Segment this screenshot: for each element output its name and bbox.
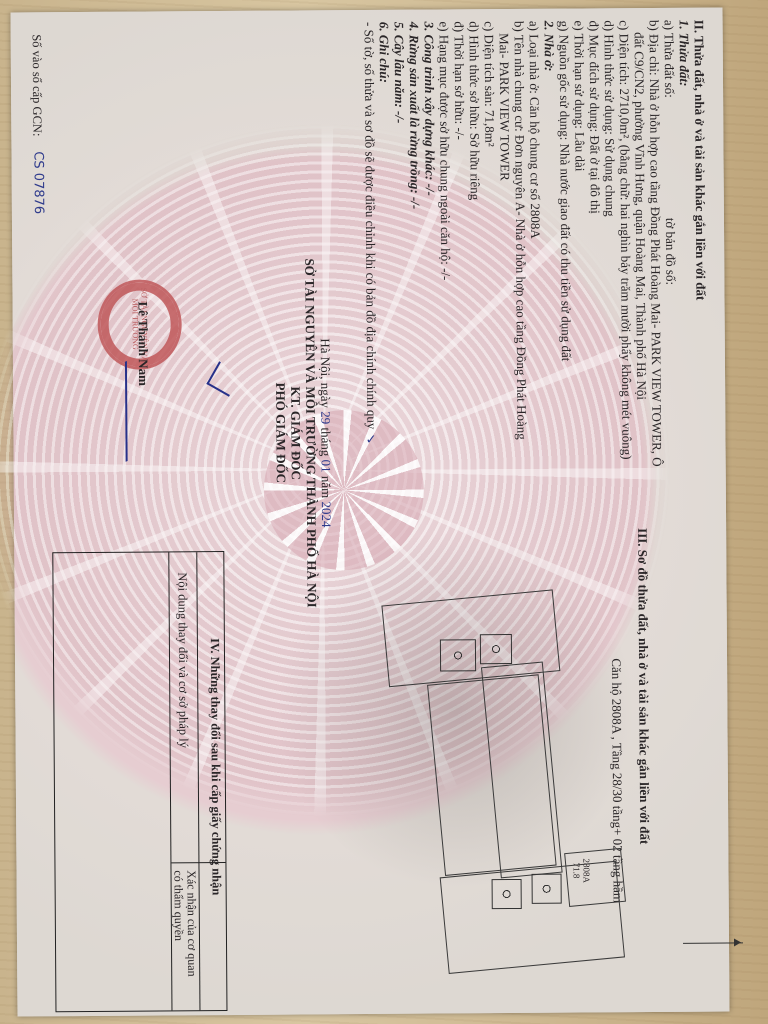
section-ii: II. Thửa đất, nhà ở và tài sản khác gắn … [362, 20, 710, 469]
building-name: b) Tên nhà chung cư: Đơn nguyên A- Nhà ở… [512, 21, 530, 468]
perennial-trees: 5. Cây lâu năm: -/- [392, 22, 410, 469]
notes-text: - Số tờ, số thửa và sơ đồ sẽ được điều c… [362, 22, 380, 469]
building-name-cont: Mai- PARK VIEW TOWER [497, 21, 515, 468]
section-iv-title: IV. Những thay đổi sau khi cấp giấy chứn… [207, 638, 224, 895]
changes-table: IV. Những thay đổi sau khi cấp giấy chứn… [52, 551, 227, 1012]
shared-ownership: e) Hạng mục được sở hữu chung ngoài căn … [437, 21, 455, 468]
signature-block: Hà Nội, ngày 29 tháng 01 năm 2024 SỞ TÀI… [272, 258, 334, 608]
ownership-form: d) Hình thức sở hữu: Sở hữu riêng [467, 21, 485, 468]
section-ii-title: II. Thửa đất, nhà ở và tài sản khác gắn … [692, 20, 710, 467]
authority-confirmation-header: Xác nhận của cơ quancó thẩm quyền [171, 870, 198, 976]
land-parcel-number: a) Thửa đất số:tờ bản đồ số: [662, 20, 680, 467]
land-use-term: e) Thời hạn sử dụng: Lâu dài [572, 20, 590, 467]
land-use-form: d) Hình thức sử dụng: Sử dụng chung [602, 20, 620, 467]
signer-name: Lê Thanh Nam [135, 302, 152, 386]
registration-label: Số vào sổ cấp GCN: [30, 34, 45, 136]
issue-date: Hà Nội, ngày 29 tháng 01 năm 2024 [317, 258, 334, 607]
issuing-organization: SỞ TÀI NGUYÊN VÀ MÔI TRƯỜNG THÀNH PHỐ HÀ… [302, 258, 319, 607]
land-use-origin: g) Nguồn gốc sử dụng: Nhà nước giao đất … [557, 21, 575, 468]
unit-2808a-label: 2808A71.8 [571, 858, 591, 883]
ownership-term: đ) Thời hạn sở hữu: -/- [452, 21, 470, 468]
land-address: b) Địa chỉ: Nhà ở hỗn hợp cao tầng Đồng … [647, 20, 665, 467]
floor-area: c) Diện tích sàn: 71,8m² [482, 21, 500, 468]
north-arrow-icon [683, 942, 743, 943]
other-constructions: 3. Công trình xây dựng khác: -/- [422, 22, 440, 469]
house-type: a) Loại nhà ở: Căn hộ chung cư số 2808A [527, 21, 545, 468]
registration-number: Số vào sổ cấp GCN: CS 07876 [29, 34, 46, 214]
changes-content-header: Nội dung thay đổi và cơ sở pháp lý [174, 572, 190, 748]
certificate-page: II. Thửa đất, nhà ở và tài sản khác gắn … [11, 8, 730, 1017]
land-use-purpose: đ) Mục đích sử dụng: Đất ở tại đô thị [587, 20, 605, 467]
floor-plan-diagram: 2808A71.8 [380, 588, 683, 970]
planted-forest: 4. Rừng sản xuất là rừng trồng: -/- [407, 22, 425, 469]
land-area: c) Diện tích: 2710,0m², (bằng chữ: hai n… [617, 20, 635, 467]
registration-value: CS 07876 [30, 139, 46, 214]
land-address-cont: đất C9/CN2, phường Vĩnh Hưng, quận Hoàng… [632, 20, 650, 467]
checkmark-icon: ✓ [364, 433, 379, 448]
signer-position: PHÓ GIÁM ĐỐC [272, 259, 289, 608]
